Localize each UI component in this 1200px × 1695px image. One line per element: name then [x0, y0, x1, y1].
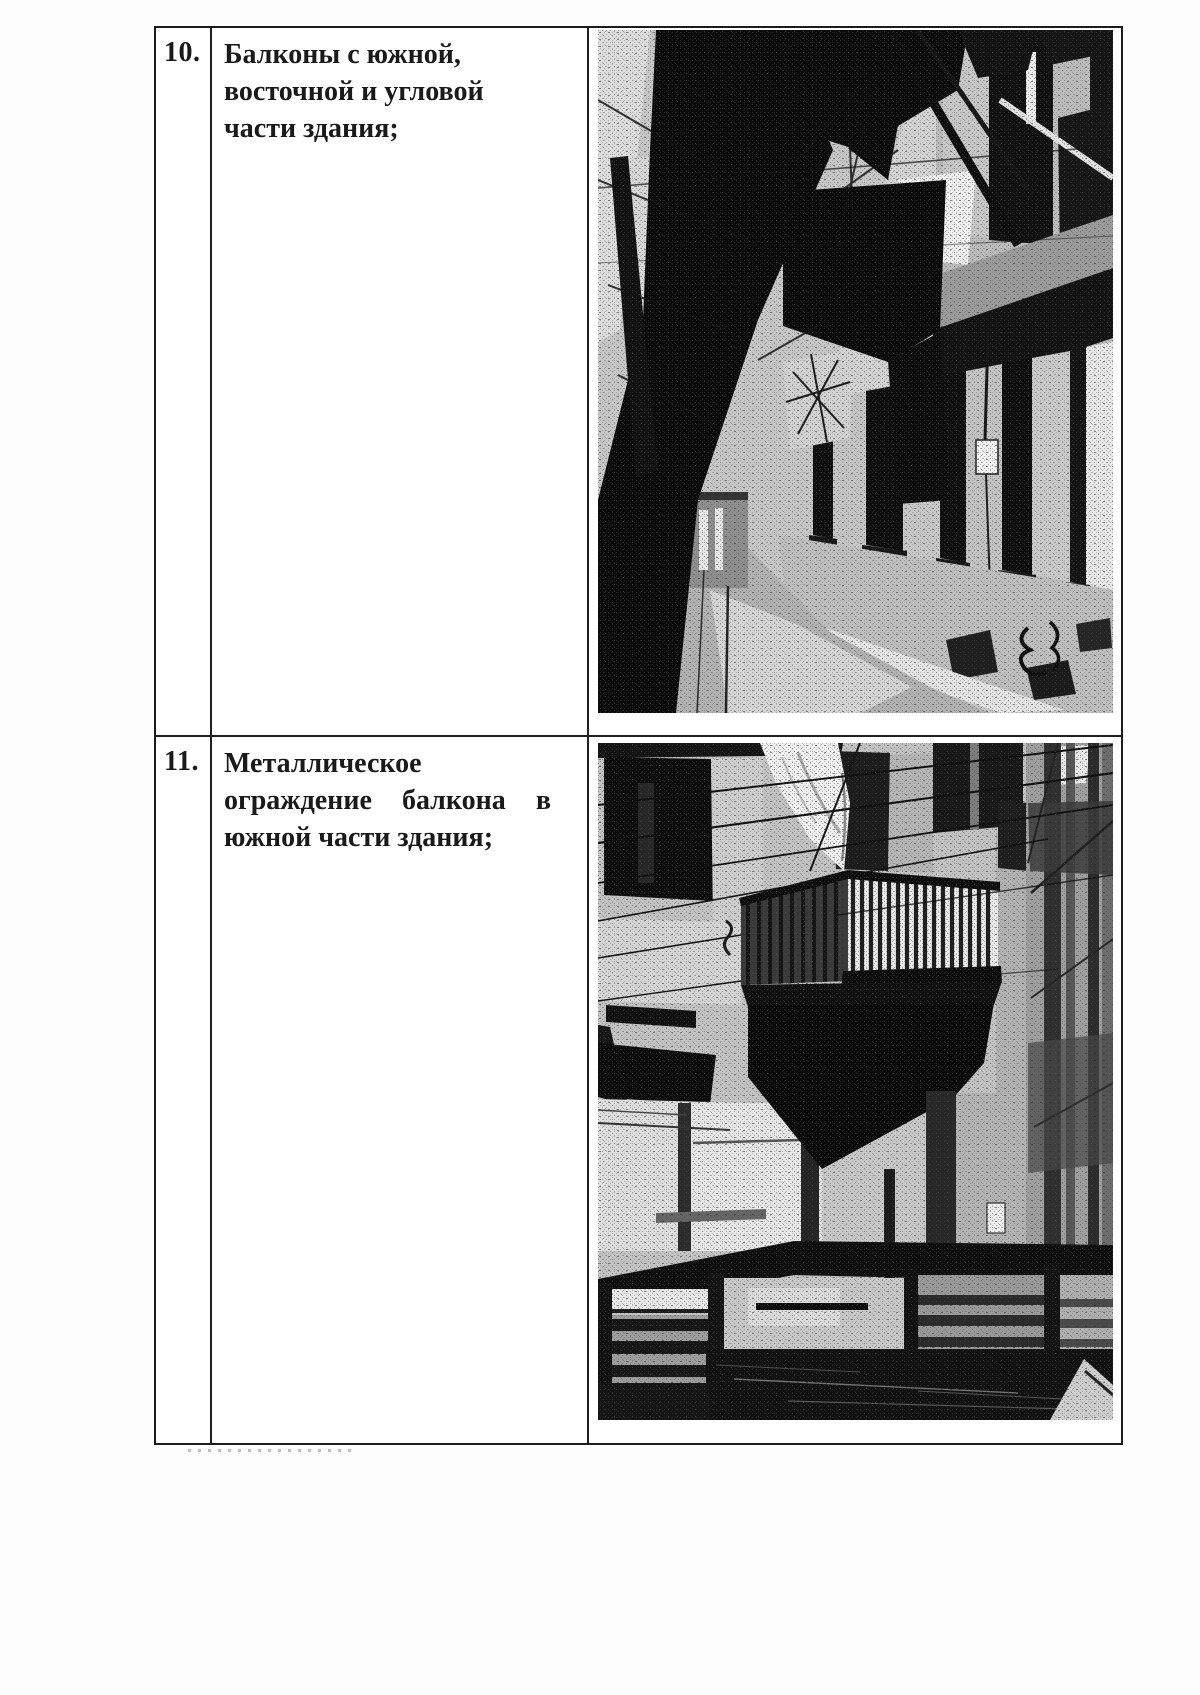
photo-10-art	[598, 30, 1113, 713]
row-number: 10.	[164, 37, 201, 68]
row-number-cell: 11.	[156, 737, 212, 1443]
photo-description-table: 10. Балконы с южной, восточной и угловой…	[154, 26, 1123, 1445]
description-line: южной части здания;	[224, 819, 551, 856]
table-row-10: 10. Балконы с южной, восточной и угловой…	[156, 28, 1121, 737]
description-line-justified: ограждение балкона в	[224, 782, 551, 819]
word: в	[536, 782, 551, 819]
balcony-metal-railing-photo	[598, 743, 1113, 1420]
row-number-cell: 10.	[156, 28, 212, 737]
description-line: Балконы с южной,	[224, 36, 551, 73]
description-line: восточной и угловой	[224, 73, 551, 110]
table-row-11: 11. Металлическое ограждение балкона в ю…	[156, 737, 1121, 1443]
row-number: 11.	[164, 746, 199, 777]
photo-cell	[589, 737, 1121, 1443]
scanned-document-page: { "table": { "rows": [ { "number": "10."…	[0, 0, 1200, 1695]
word: балкона	[402, 782, 506, 819]
street-facade-with-balconies-photo	[598, 30, 1113, 713]
word: ограждение	[224, 782, 372, 819]
description-line: части здания;	[224, 110, 551, 147]
description-cell: Балконы с южной, восточной и угловой час…	[212, 28, 589, 737]
photo-cell	[589, 28, 1121, 737]
photo-11-art	[598, 743, 1113, 1420]
scan-speckle-artifact	[188, 1449, 358, 1452]
description-line: Металлическое	[224, 745, 551, 782]
description-cell: Металлическое ограждение балкона в южной…	[212, 737, 589, 1443]
